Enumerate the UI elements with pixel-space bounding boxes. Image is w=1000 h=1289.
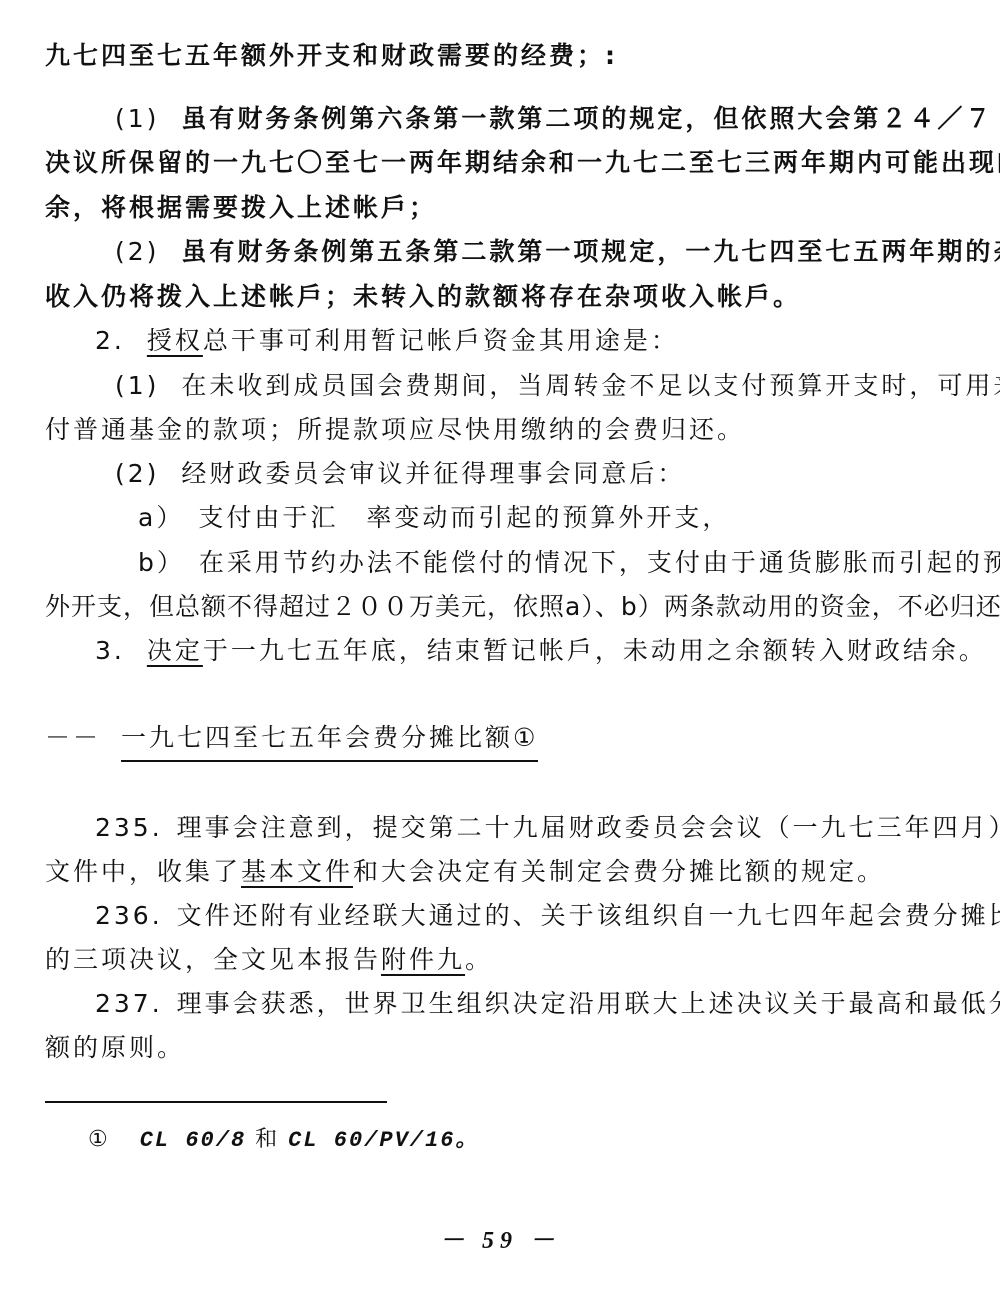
- item-text: 在采用节约办法不能偿付的情况下，支付由于通货膨胀而引起的预算: [199, 548, 1000, 577]
- para-number: 236.: [95, 901, 163, 930]
- item-1-1-line-2: 决议所保留的一九七〇至七一两年期结余和一九七二至七三两年期内可能出现的节: [45, 147, 1000, 179]
- footnote-conjunction: 和: [255, 1127, 279, 1152]
- underlined-term: 决定: [147, 636, 203, 665]
- footnote-ref-2: CL 60/PV/16。: [288, 1128, 479, 1153]
- item-1-1-line-1: (1)虽有财务条例第六条第一款第二项的规定，但依照大会第２４／７１号: [115, 103, 1000, 135]
- heading-title: 一九七四至七五年会费分摊比额①: [121, 722, 538, 762]
- para-text: 额的原则。: [45, 1033, 185, 1062]
- item-text: 虽有财务条例第六条第一款第二项的规定，但依照大会第２４／７１号: [181, 104, 1000, 133]
- item-text: 经财政委员会审议并征得理事会同意后：: [181, 459, 685, 488]
- footnote: ①CL 60/8 和 CL 60/PV/16。: [88, 1125, 479, 1156]
- page-number: － 59 －: [440, 1220, 560, 1255]
- para-236-line-2: 的三项决议，全文见本报告附件九。: [45, 944, 493, 976]
- para-text: 的三项决议，全文见本报告: [45, 945, 381, 974]
- underlined-term: 基本文件: [241, 857, 353, 886]
- item-text: 于一九七五年底，结束暂记帐戶，未动用之余额转入财政结余。: [203, 636, 987, 665]
- item-1-1-line-3: 余，将根据需要拨入上述帐戶；: [45, 192, 437, 224]
- item-text: 余，将根据需要拨入上述帐戶；: [45, 193, 437, 222]
- footnote-ref-1: CL 60/8: [140, 1128, 246, 1153]
- item-marker: b）: [138, 548, 185, 577]
- para-text: 文件还附有业经联大通过的、关于该组织自一九七四年起会费分摊比额: [177, 901, 1000, 930]
- footnote-mark: ①: [88, 1127, 110, 1152]
- underlined-term: 附件九: [381, 945, 465, 974]
- footnote-divider: [45, 1101, 387, 1103]
- item-3-line: 3.决定于一九七五年底，结束暂记帐戶，未动用之余额转入财政结余。: [95, 635, 987, 667]
- para-text: 。: [465, 945, 493, 974]
- continuation-text: 九七四至七五年额外开支和财政需要的经费；:: [45, 41, 618, 70]
- document-page: 九七四至七五年额外开支和财政需要的经费；: (1)虽有财务条例第六条第一款第二项…: [0, 0, 1000, 1289]
- item-text: 决议所保留的一九七〇至七一两年期结余和一九七二至七三两年期内可能出现的节: [45, 148, 1000, 177]
- item-marker: (2): [115, 459, 159, 488]
- item-marker: (2): [115, 237, 159, 266]
- item-2-1-line-1: (1)在未收到成员国会费期间，当周转金不足以支付预算开支时，可用来垫: [115, 370, 1000, 402]
- para-text: 理事会注意到，提交第二十九届财政委员会会议（一九七三年四月）的: [177, 813, 1000, 842]
- para-text: 理事会获悉，世界卫生组织决定沿用联大上述决议关于最高和最低分摊: [177, 989, 1000, 1018]
- item-1-2-line-1: (2)虽有财务条例第五条第二款第一项规定，一九七四至七五两年期的杂项: [115, 236, 1000, 268]
- para-237-line-1: 237.理事会获悉，世界卫生组织决定沿用联大上述决议关于最高和最低分摊: [95, 988, 1000, 1020]
- heading-dash: －－: [45, 723, 101, 752]
- item-2-2-a-line: a）支付由于汇 率变动而引起的预算外开支，: [138, 502, 730, 534]
- item-text: 在未收到成员国会费期间，当周转金不足以支付预算开支时，可用来垫: [181, 371, 1000, 400]
- para-number: 235.: [95, 813, 163, 842]
- item-marker: (1): [115, 371, 159, 400]
- underlined-term: 授权: [147, 326, 203, 355]
- item-text: 付普通基金的款项；所提款项应尽快用缴纳的会费归还。: [45, 415, 745, 444]
- item-text: 外开支，但总额不得超过２００万美元，依照a）、b）两条款动用的资金，不必归还。: [45, 592, 1000, 621]
- item-marker: a）: [138, 503, 184, 532]
- item-2-2-b-line-1: b）在采用节约办法不能偿付的情况下，支付由于通货膨胀而引起的预算: [138, 547, 1000, 579]
- para-237-line-2: 额的原则。: [45, 1032, 185, 1064]
- item-2-2-b-line-2: 外开支，但总额不得超过２００万美元，依照a）、b）两条款动用的资金，不必归还。: [45, 591, 1000, 623]
- item-number: 2.: [95, 326, 125, 355]
- item-text: 收入仍将拨入上述帐戶；未转入的款额将存在杂项收入帐戶。: [45, 282, 801, 311]
- para-number: 237.: [95, 989, 163, 1018]
- item-2-2-line: (2)经财政委员会审议并征得理事会同意后：: [115, 458, 685, 490]
- item-marker: (1): [115, 104, 159, 133]
- section-heading: －－一九七四至七五年会费分摊比额①: [45, 722, 538, 762]
- para-235-line-2: 文件中，收集了基本文件和大会决定有关制定会费分摊比额的规定。: [45, 856, 885, 888]
- item-2-line: 2.授权总干事可利用暂记帐戶资金其用途是：: [95, 325, 679, 357]
- para-text: 和大会决定有关制定会费分摊比额的规定。: [353, 857, 885, 886]
- item-text: 支付由于汇 率变动而引起的预算外开支，: [198, 503, 730, 532]
- item-text: 虽有财务条例第五条第二款第一项规定，一九七四至七五两年期的杂项: [181, 237, 1000, 266]
- para-236-line-1: 236.文件还附有业经联大通过的、关于该组织自一九七四年起会费分摊比额: [95, 900, 1000, 932]
- item-text: 总干事可利用暂记帐戶资金其用途是：: [203, 326, 679, 355]
- continuation-line: 九七四至七五年额外开支和财政需要的经费；:: [45, 40, 618, 72]
- item-1-2-line-2: 收入仍将拨入上述帐戶；未转入的款额将存在杂项收入帐戶。: [45, 281, 801, 313]
- item-number: 3.: [95, 636, 125, 665]
- para-235-line-1: 235.理事会注意到，提交第二十九届财政委员会会议（一九七三年四月）的: [95, 812, 1000, 844]
- item-2-1-line-2: 付普通基金的款项；所提款项应尽快用缴纳的会费归还。: [45, 414, 745, 446]
- para-text: 文件中，收集了: [45, 857, 241, 886]
